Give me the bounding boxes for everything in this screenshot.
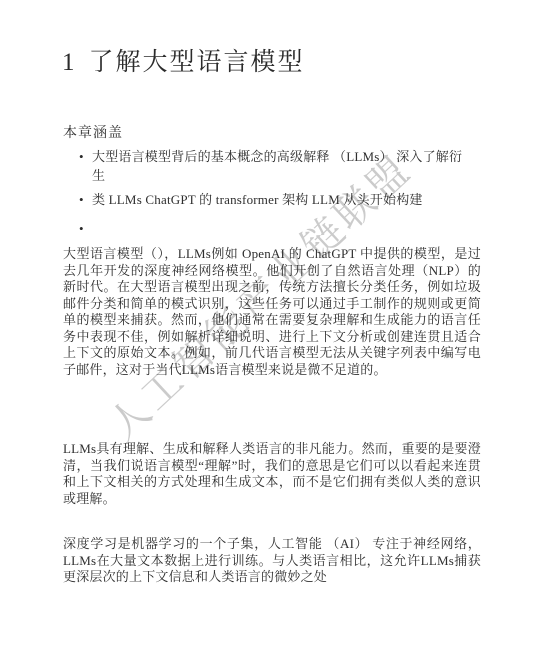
list-item: • 类 LLMs ChatGPT 的 transformer 架构 LLM 从头…	[63, 190, 475, 209]
chapter-title-text: 了解大型语言模型	[89, 49, 305, 76]
bullet-icon: •	[79, 147, 92, 166]
body-paragraph-1: 大型语言模型（），LLMs例如 OpenAI 的 ChatGPT 中提供的模型，…	[63, 246, 481, 378]
list-item-text: 类 LLMs ChatGPT 的 transformer 架构 LLM 从头开始…	[92, 190, 475, 209]
list-item-text: 大型语言模型背后的基本概念的高级解释 （LLMs） 深入了解衍生	[92, 147, 475, 185]
section-heading: 本章涵盖	[63, 122, 123, 142]
chapter-number: 1	[62, 49, 77, 76]
body-paragraph-3: 深度学习是机器学习的一个子集，人工智能 （AI） 专注于神经网络，LLMs在大量…	[63, 536, 481, 586]
chapter-covers-list: • 大型语言模型背后的基本概念的高级解释 （LLMs） 深入了解衍生 • 类 L…	[63, 147, 475, 243]
list-item: • 大型语言模型背后的基本概念的高级解释 （LLMs） 深入了解衍生	[63, 147, 475, 185]
document-page: 人工智能产业链联盟 1了解大型语言模型 本章涵盖 • 大型语言模型背后的基本概念…	[0, 0, 535, 649]
list-item: •	[63, 219, 475, 238]
page-content: 1了解大型语言模型 本章涵盖 • 大型语言模型背后的基本概念的高级解释 （LLM…	[0, 0, 535, 649]
bullet-icon: •	[79, 219, 92, 238]
bullet-icon: •	[79, 190, 92, 209]
body-paragraph-2: LLMs具有理解、生成和解释人类语言的非凡能力。然而，重要的是要澄清，当我们说语…	[63, 441, 481, 507]
chapter-title: 1了解大型语言模型	[62, 42, 305, 78]
